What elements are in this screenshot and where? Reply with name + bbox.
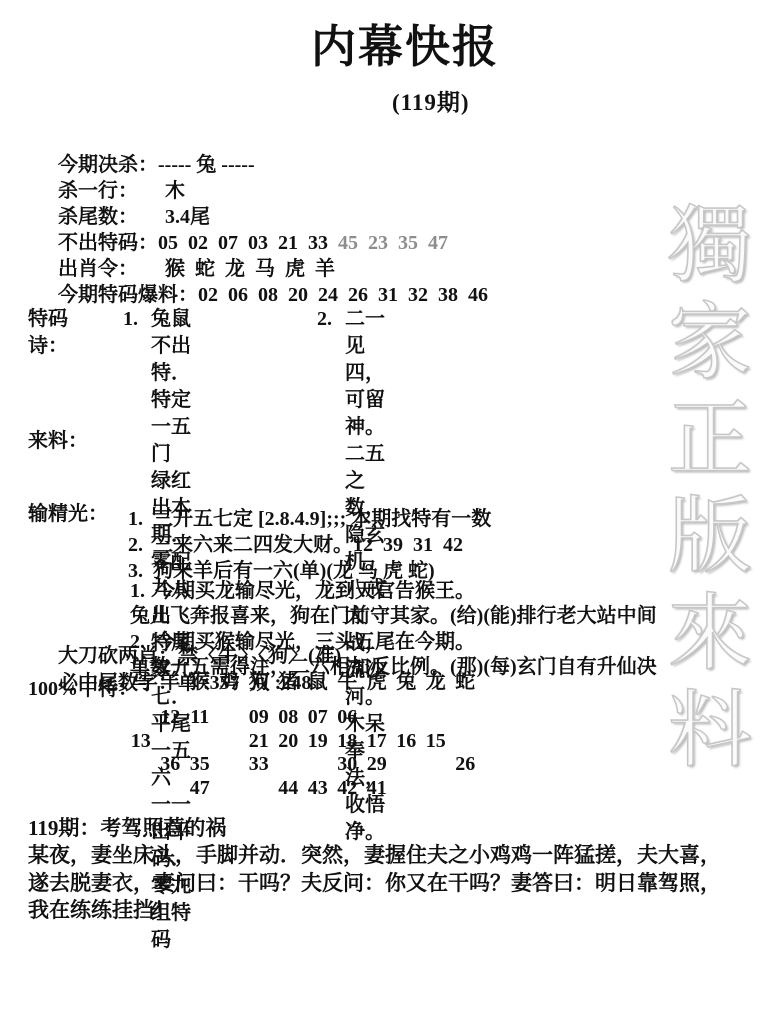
zodiac-cell: 羊	[156, 670, 186, 705]
number-cell	[451, 729, 481, 753]
number-cell: 12	[156, 705, 186, 729]
joke-line: 我在练练挂挡！	[28, 897, 748, 925]
row-value: ----- 兔 -----	[158, 154, 255, 176]
watermark-character: 料	[652, 683, 768, 780]
zodiac-cell: 猴	[185, 670, 215, 705]
number-cell: 18	[333, 729, 363, 753]
newsletter-page: 内幕快报 (119期) 今期决杀：----- 兔 ----- 杀一行： 木 杀尾…	[0, 0, 783, 1024]
number-cell	[392, 705, 422, 729]
zodiac-cell: 牛	[333, 670, 363, 705]
row-value: 3.4尾	[155, 206, 210, 228]
shujingguang-label: 输精光：	[28, 502, 108, 528]
number-cell	[126, 752, 156, 776]
number-cell	[244, 776, 274, 800]
row-label: 杀尾数：	[58, 204, 155, 230]
row-label: 今期特码爆料：	[58, 282, 198, 308]
number-cell: 33	[244, 752, 274, 776]
number-cell	[421, 705, 451, 729]
number-cell: 42	[333, 776, 363, 800]
joke-line: 遂去脱妻衣，妻问曰：干吗？夫反问：你又在干吗？妻答曰：明日靠驾照，	[28, 870, 748, 898]
number-cell: 19	[303, 729, 333, 753]
row-value: 02 06 08 20 24 26 31 32 38 46	[198, 284, 488, 306]
watermark-character: 版	[652, 489, 768, 586]
issue-number: (119期)	[392, 84, 470, 117]
zodiac-cell: 猪	[274, 670, 304, 705]
number-cell	[215, 729, 245, 753]
row-value: 木	[155, 180, 185, 202]
number-cell: 17	[362, 729, 392, 753]
zodiac-cell: 虎	[362, 670, 392, 705]
number-cell: 29	[362, 752, 392, 776]
number-cell	[156, 729, 186, 753]
number-cell: 15	[421, 729, 451, 753]
number-cell: 26	[451, 752, 481, 776]
watermark-character: 獨	[652, 198, 768, 295]
poem-number: 1.	[123, 306, 138, 333]
zodiac-number-grid: 马羊猴鸡狗猪鼠牛虎兔龙蛇 121109080706 13212019181716…	[126, 670, 480, 799]
number-cell	[126, 776, 156, 800]
zodiac-cell: 龙	[421, 670, 451, 705]
zodiac-cell: 兔	[392, 670, 422, 705]
poem-label: 特码诗：	[28, 306, 68, 360]
number-cell	[421, 752, 451, 776]
number-cell: 35	[185, 752, 215, 776]
number-cell	[451, 705, 481, 729]
shujingguang-line: 1. 今期买龙输尽光，龙到天宫告猴王。	[130, 579, 657, 605]
zodiac-cell: 马	[126, 670, 156, 705]
zodiac-cell: 蛇	[451, 670, 481, 705]
row-label: 今期决杀：	[58, 152, 158, 178]
zhongte-label: 100%中特：	[28, 672, 138, 701]
number-cell	[215, 776, 245, 800]
number-cell	[156, 776, 186, 800]
poem-line: 二一见四，可留神。	[345, 306, 385, 441]
number-cell	[274, 752, 304, 776]
row-value: 05 02 07 03 21 33	[158, 232, 338, 254]
zodiac-row: 马羊猴鸡狗猪鼠牛虎兔龙蛇	[126, 670, 480, 705]
number-cell: 43	[303, 776, 333, 800]
number-cell	[126, 705, 156, 729]
zodiac-cell: 鸡	[215, 670, 245, 705]
number-cell: 44	[274, 776, 304, 800]
zodiac-cell: 鼠	[303, 670, 333, 705]
joke-body: 某夜，妻坐床头，手脚并动．突然，妻握住夫之小鸡鸡一阵猛搓，夫大喜，遂去脱妻衣，妻…	[28, 842, 748, 925]
number-row-2: 1321201918171615	[126, 729, 480, 753]
row-value: 禁〈牛〉〈狗〉(准)	[178, 645, 341, 667]
watermark-vertical-text: 獨家正版來料	[652, 198, 768, 780]
number-cell: 09	[244, 705, 274, 729]
kill-info-section: 今期决杀：----- 兔 ----- 杀一行： 木 杀尾数： 3.4尾 不出特码…	[28, 126, 488, 282]
number-row-4: 4744434241	[126, 776, 480, 800]
joke-line: 某夜，妻坐床头，手脚并动．突然，妻握住夫之小鸡鸡一阵猛搓，夫大喜，	[28, 842, 748, 870]
number-cell: 11	[185, 705, 215, 729]
zodiac-cell: 狗	[244, 670, 274, 705]
number-cell: 30	[333, 752, 363, 776]
number-cell: 21	[244, 729, 274, 753]
number-cell: 07	[303, 705, 333, 729]
watermark-character: 正	[652, 392, 768, 489]
lailiao-label: 来料：	[28, 428, 88, 454]
page-title: 内幕快报	[27, 10, 783, 75]
row-label: 杀一行：	[58, 178, 155, 204]
number-cell	[215, 752, 245, 776]
number-cell: 36	[156, 752, 186, 776]
number-cell	[303, 752, 333, 776]
number-cell: 06	[333, 705, 363, 729]
number-cell: 08	[274, 705, 304, 729]
number-cell	[451, 776, 481, 800]
row-value-faded: 45 23 35 47	[338, 232, 448, 254]
picks-section: 大刀砍两肖：禁〈牛〉〈狗〉(准) 必中尾数字：单 :357 双 :248	[28, 615, 341, 670]
joke-section: 119期：考驾照惹的祸 某夜，妻坐床头，手脚并动．突然，妻握住夫之小鸡鸡一阵猛搓…	[28, 814, 748, 925]
number-cell	[362, 705, 392, 729]
joke-heading: 119期：考驾照惹的祸	[28, 814, 748, 842]
row-value: 猴 蛇 龙 马 虎 羊	[155, 258, 335, 280]
poem-number: 2.	[317, 306, 332, 333]
row-label: 出肖令：	[58, 256, 155, 282]
number-cell: 47	[185, 776, 215, 800]
number-cell	[392, 776, 422, 800]
number-cell	[421, 776, 451, 800]
number-cell: 13	[126, 729, 156, 753]
number-cell	[215, 705, 245, 729]
number-cell	[392, 752, 422, 776]
number-cell	[185, 729, 215, 753]
number-cell: 41	[362, 776, 392, 800]
watermark-character: 來	[652, 586, 768, 683]
number-cell: 16	[392, 729, 422, 753]
number-row-1: 121109080706	[126, 705, 480, 729]
watermark-character: 家	[652, 295, 768, 392]
picks-row-dadao: 大刀砍两肖：禁〈牛〉〈狗〉(准)	[28, 615, 341, 643]
info-row-juesha: 今期决杀：----- 兔 -----	[28, 126, 488, 152]
row-label: 不出特码：	[58, 230, 158, 256]
number-cell: 20	[274, 729, 304, 753]
number-row-3: 363533302926	[126, 752, 480, 776]
row-label: 大刀砍两肖：	[58, 645, 178, 667]
